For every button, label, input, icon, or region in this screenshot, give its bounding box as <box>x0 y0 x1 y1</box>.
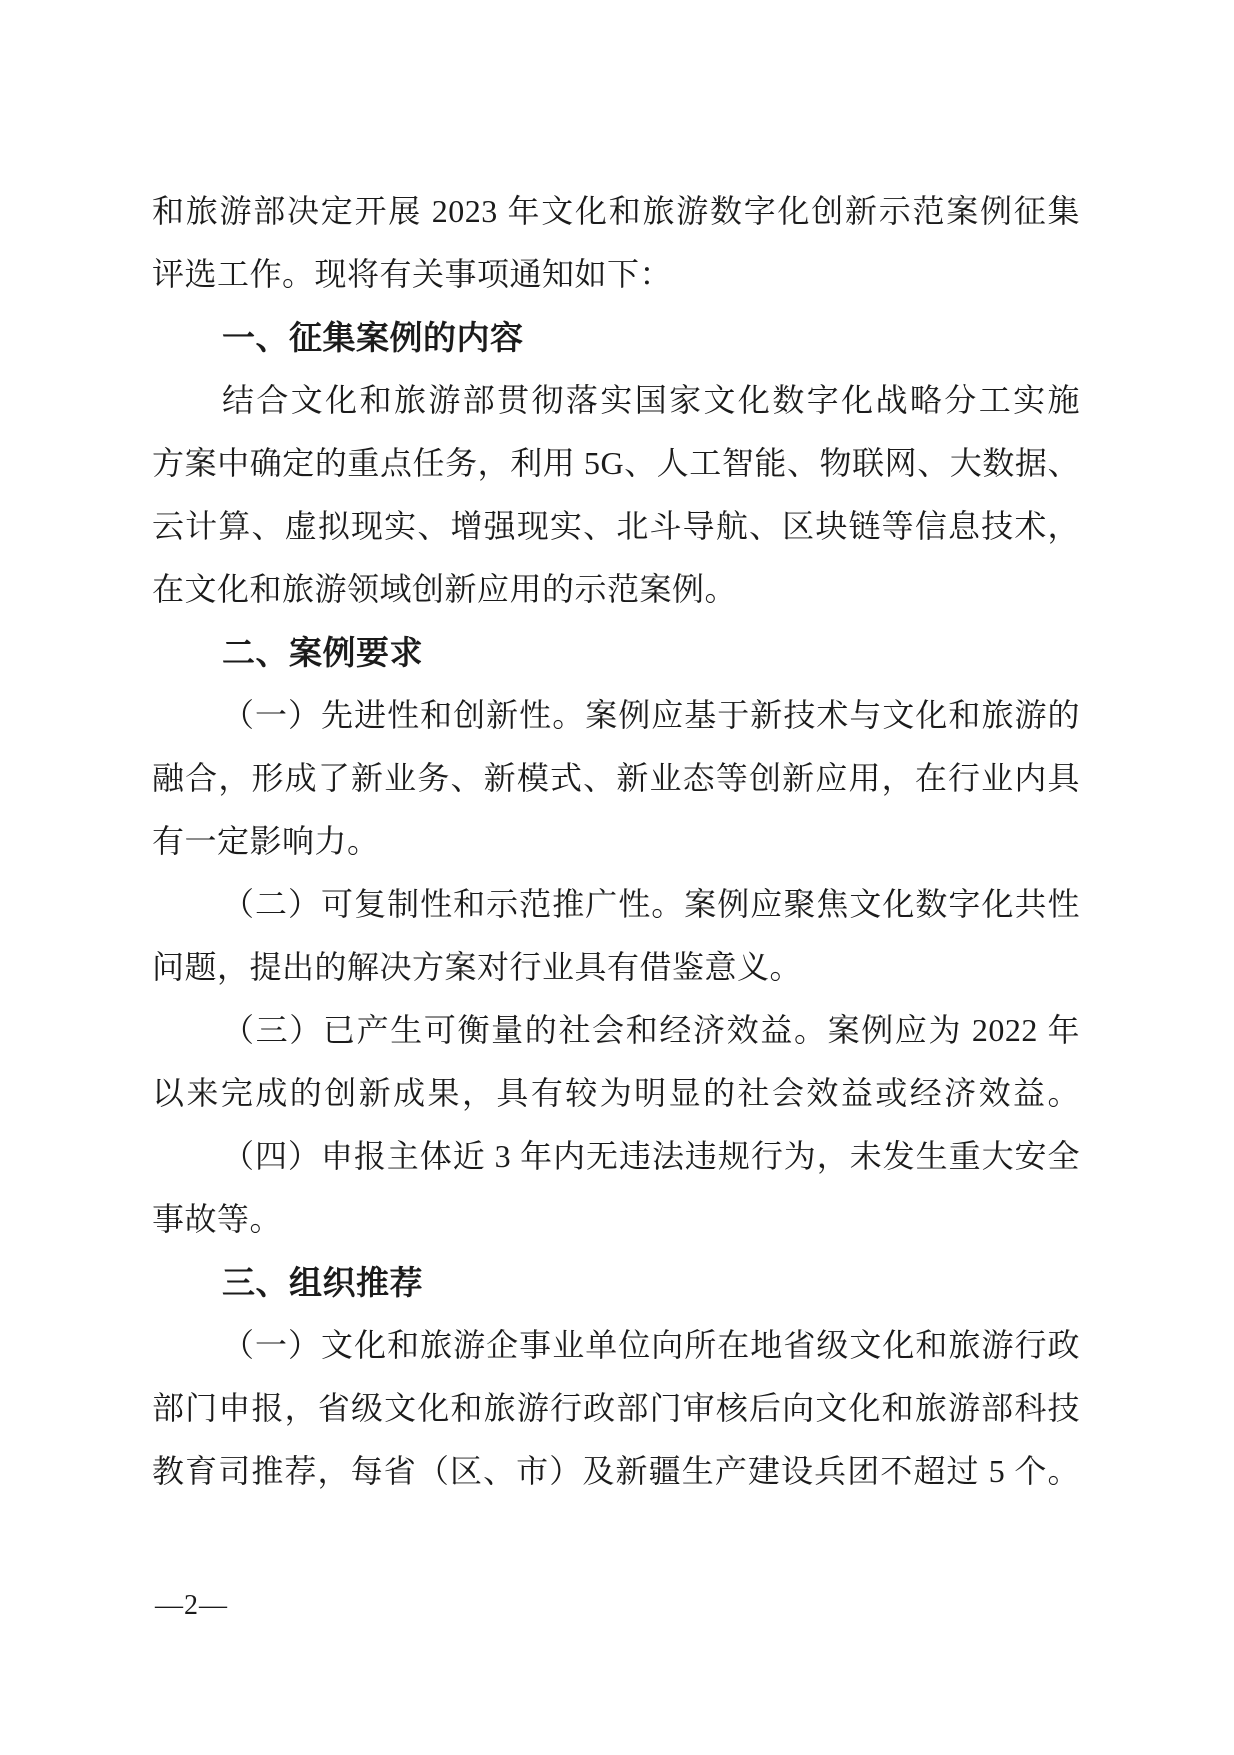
body-line: 方案中确定的重点任务，利用 5G、人工智能、物联网、大数据、 <box>152 432 1080 495</box>
body-line: 事故等。 <box>152 1188 1080 1251</box>
body-line: 在文化和旅游领域创新应用的示范案例。 <box>152 558 1080 621</box>
document-body: 和旅游部决定开展 2023 年文化和旅游数字化创新示范案例征集 评选工作。现将有… <box>152 180 1080 1503</box>
body-line: （四）申报主体近 3 年内无违法违规行为，未发生重大安全 <box>152 1125 1080 1188</box>
body-line: 问题，提出的解决方案对行业具有借鉴意义。 <box>152 936 1080 999</box>
body-line: （三）已产生可衡量的社会和经济效益。案例应为 2022 年 <box>152 999 1080 1062</box>
document-page: 和旅游部决定开展 2023 年文化和旅游数字化创新示范案例征集 评选工作。现将有… <box>0 0 1234 1755</box>
body-line: 评选工作。现将有关事项通知如下： <box>152 243 1080 306</box>
heading-section-3: 三、组织推荐 <box>152 1251 1080 1314</box>
body-line: 以来完成的创新成果，具有较为明显的社会效益或经济效益。 <box>152 1062 1080 1125</box>
body-line: 融合，形成了新业务、新模式、新业态等创新应用，在行业内具 <box>152 747 1080 810</box>
page-number: —2— <box>155 1588 228 1624</box>
body-line: （一）先进性和创新性。案例应基于新技术与文化和旅游的 <box>152 684 1080 747</box>
body-line: 云计算、虚拟现实、增强现实、北斗导航、区块链等信息技术， <box>152 495 1080 558</box>
body-line: （一）文化和旅游企事业单位向所在地省级文化和旅游行政 <box>152 1314 1080 1377</box>
body-line: 结合文化和旅游部贯彻落实国家文化数字化战略分工实施 <box>152 369 1080 432</box>
body-line: 部门申报，省级文化和旅游行政部门审核后向文化和旅游部科技 <box>152 1377 1080 1440</box>
body-line: 有一定影响力。 <box>152 810 1080 873</box>
heading-section-1: 一、征集案例的内容 <box>152 306 1080 369</box>
body-line: 教育司推荐，每省（区、市）及新疆生产建设兵团不超过 5 个。 <box>152 1440 1080 1503</box>
heading-section-2: 二、案例要求 <box>152 621 1080 684</box>
body-line: （二）可复制性和示范推广性。案例应聚焦文化数字化共性 <box>152 873 1080 936</box>
body-line: 和旅游部决定开展 2023 年文化和旅游数字化创新示范案例征集 <box>152 180 1080 243</box>
